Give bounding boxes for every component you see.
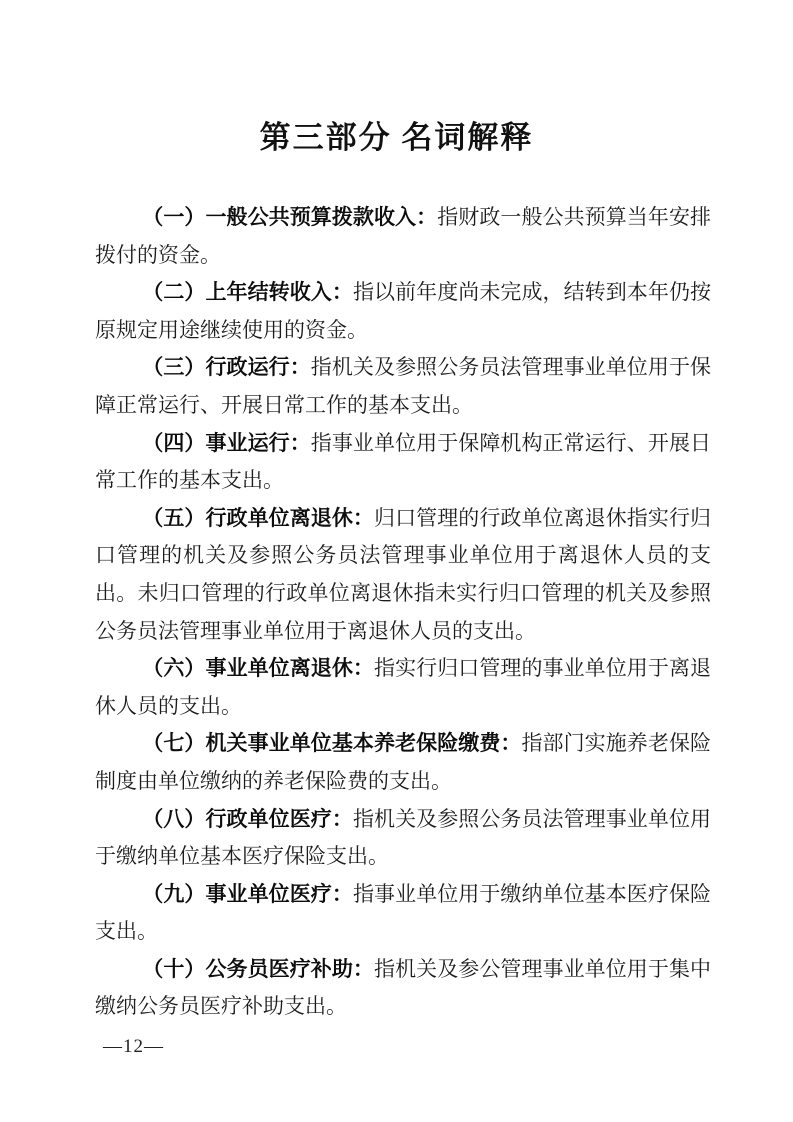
term-label: （六）事业单位离退休：: [142, 656, 374, 680]
glossary-entry: （六）事业单位离退休：指实行归口管理的事业单位用于离退休人员的支出。: [95, 650, 711, 725]
glossary-list: （一）一般公共预算拨款收入：指财政一般公共预算当年安排拨付的资金。 （二）上年结…: [95, 199, 711, 1026]
glossary-entry: （八）行政单位医疗：指机关及参照公务员法管理事业单位用于缴纳单位基本医疗保险支出…: [95, 801, 711, 876]
term-label: （八）行政单位医疗：: [142, 807, 353, 831]
term-label: （一）一般公共预算拨款收入：: [142, 205, 437, 229]
glossary-entry: （二）上年结转收入：指以前年度尚未完成，结转到本年仍按原规定用途继续使用的资金。: [95, 274, 711, 349]
document-page: 第三部分 名词解释 （一）一般公共预算拨款收入：指财政一般公共预算当年安排拨付的…: [0, 0, 793, 1122]
term-label: （九）事业单位医疗：: [142, 882, 353, 906]
term-label: （七）机关事业单位基本养老保险缴费：: [142, 731, 521, 755]
term-label: （二）上年结转收入：: [142, 280, 353, 304]
glossary-entry: （一）一般公共预算拨款收入：指财政一般公共预算当年安排拨付的资金。: [95, 199, 711, 274]
page-title: 第三部分 名词解释: [0, 0, 793, 157]
term-label: （三）行政运行：: [142, 355, 311, 379]
term-label: （十）公务员医疗补助：: [142, 957, 374, 981]
glossary-entry: （三）行政运行：指机关及参照公务员法管理事业单位用于保障正常运行、开展日常工作的…: [95, 349, 711, 424]
term-label: （四）事业运行：: [142, 431, 311, 455]
glossary-entry: （五）行政单位离退休：归口管理的行政单位离退休指实行归口管理的机关及参照公务员法…: [95, 500, 711, 650]
term-label: （五）行政单位离退休：: [142, 506, 374, 530]
glossary-entry: （四）事业运行：指事业单位用于保障机构正常运行、开展日常工作的基本支出。: [95, 425, 711, 500]
glossary-entry: （七）机关事业单位基本养老保险缴费：指部门实施养老保险制度由单位缴纳的养老保险费…: [95, 725, 711, 800]
glossary-entry: （十）公务员医疗补助：指机关及参公管理事业单位用于集中缴纳公务员医疗补助支出。: [95, 951, 711, 1026]
page-number: —12—: [103, 1036, 164, 1058]
glossary-entry: （九）事业单位医疗：指事业单位用于缴纳单位基本医疗保险支出。: [95, 876, 711, 951]
